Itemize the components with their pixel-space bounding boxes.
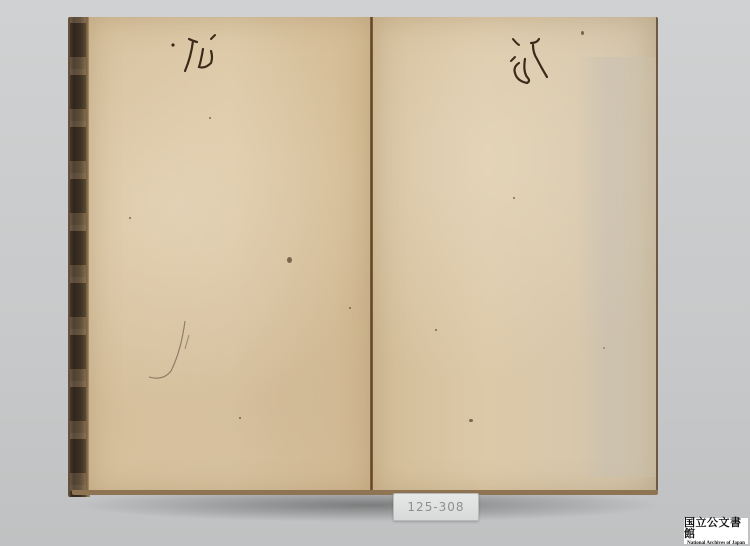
paper-fleck (513, 197, 515, 199)
paper-fleck (581, 31, 584, 35)
book-spine (68, 17, 90, 497)
watermark-japanese: 国立公文書館 (684, 517, 748, 539)
paper-fleck (287, 257, 292, 263)
folio-glyph-icon (171, 31, 231, 91)
paper-fleck (349, 307, 351, 309)
right-folio-mark (501, 35, 561, 95)
archive-watermark: 国立公文書館 National Archives of Japan (684, 518, 748, 544)
paper-fleck (239, 417, 241, 419)
paper-fleck (435, 329, 437, 331)
watermark-english: National Archives of Japan (687, 541, 745, 546)
right-page (373, 17, 658, 493)
paper-fleck (603, 347, 605, 349)
call-number-label: 125-308 (393, 493, 479, 521)
paper-fleck (469, 419, 473, 422)
folio-glyph-icon (501, 35, 561, 95)
paper-fleck (129, 217, 131, 219)
page-bottom-edge (72, 490, 658, 495)
left-folio-mark (171, 31, 231, 91)
paper-fleck (209, 117, 211, 119)
left-page (88, 17, 372, 493)
pencil-annotation (143, 317, 193, 387)
